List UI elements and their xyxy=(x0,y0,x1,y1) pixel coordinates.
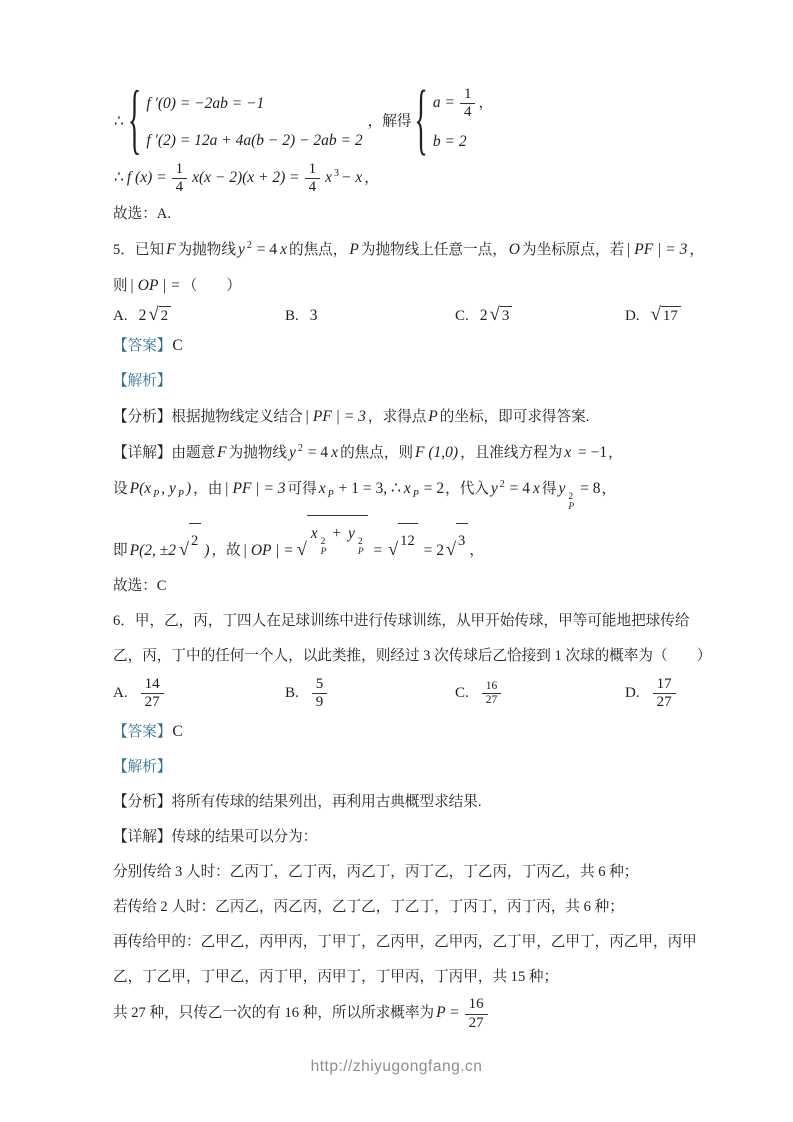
radical-sign: √ xyxy=(446,540,456,558)
text-run: 【详解】传球的结果可以分为： xyxy=(113,829,317,845)
q6-detail-line2: 分别传给 3 人时：乙丙丁，乙丁丙，丙乙丁，丙丁乙，丁乙丙，丁丙乙，共 6 种； xyxy=(113,856,688,889)
math-run: a = xyxy=(433,94,455,111)
text-run: ， xyxy=(368,114,383,130)
numerator: 1 xyxy=(460,86,476,104)
q6-prob-line: 共 27 种，只传乙一次的有 16 种，所以所求概率为P =1627 xyxy=(113,996,688,1032)
math-upright-run: 3 xyxy=(310,307,318,324)
q6-analysis-line: 【分析】将所有传球的结果列出，再利用古典概型求结果. xyxy=(113,786,688,819)
math-upright-run: = 4 xyxy=(253,241,277,258)
radical: √3 xyxy=(446,523,468,558)
radical: √2 xyxy=(148,306,171,325)
cases-row: b = 2 xyxy=(431,125,493,159)
q6-detail-line3: 若传给 2 人时：乙丙乙，丙乙丙，乙丁乙，丁乙丁，丁丙丁，丙丁丙，共 6 种； xyxy=(113,891,688,924)
text-run: 为抛物线 xyxy=(229,445,287,461)
option-b: B.59 xyxy=(285,676,455,712)
text-run: 即 xyxy=(113,543,128,559)
math-run: ) xyxy=(186,480,191,497)
text-run: 的焦点， xyxy=(289,242,347,258)
text-run: 再传给甲的：乙甲乙，丙甲丙，丁甲丁，乙丙甲，乙甲丙，乙丁甲，乙甲丁，丙乙甲，丙甲 xyxy=(113,934,697,950)
sub-superscript: 2P xyxy=(358,538,364,558)
fraction: 14 xyxy=(172,161,188,197)
option-label: B. xyxy=(285,685,299,701)
cases-rows: f ′(0) = −2ab = −1f ′(2) = 12a + 4a(b − … xyxy=(144,87,364,158)
fraction: 1627 xyxy=(465,996,488,1032)
math-upright-run: + xyxy=(328,525,345,542)
text-run: 为抛物线上任意一点， xyxy=(361,242,507,258)
radical-sign: √ xyxy=(388,540,398,558)
sub-superscript: 2P xyxy=(321,538,327,558)
left-brace: { xyxy=(128,83,141,161)
math-run: x xyxy=(325,169,332,186)
cases-row: f ′(2) = 12a + 4a(b − 2) − 2ab = 2 xyxy=(144,124,364,158)
math-run: x xyxy=(533,480,540,497)
radicand: 2 xyxy=(159,306,172,325)
denominator: 4 xyxy=(460,104,476,121)
radical-sign: √ xyxy=(179,540,189,558)
math-upright-run: C xyxy=(172,723,182,740)
math-run: P(x xyxy=(130,480,152,497)
q5-jiexi-line: 【解析】 xyxy=(113,365,688,398)
cases-rows: a =14，b = 2 xyxy=(431,86,493,159)
text-run: 【分析】将所有传球的结果列出，再利用古典概型求结果. xyxy=(113,794,482,810)
subscript: P xyxy=(358,548,364,558)
q5-detail-line1: 【详解】由题意F为抛物线y2 = 4x的焦点，则F (1,0)，且准线方程为x … xyxy=(113,436,688,470)
fraction: 1727 xyxy=(653,676,676,712)
text-run: 【分析】根据抛物线定义结合 xyxy=(113,409,303,425)
math-run: | OP | = xyxy=(243,542,294,559)
option-label: A. xyxy=(113,685,128,701)
q5-choice-line: 故选：C xyxy=(113,570,688,603)
text-run: ， xyxy=(478,95,493,111)
radicand: 3 xyxy=(500,306,513,325)
radical-sign: √ xyxy=(297,540,307,558)
cases-system: {f ′(0) = −2ab = −1f ′(2) = 12a + 4a(b −… xyxy=(128,87,365,158)
denominator: 9 xyxy=(312,694,328,711)
option-b: B.3 xyxy=(285,307,455,325)
radical-sign: √ xyxy=(651,306,661,325)
q6-answer-line: 【答案】C xyxy=(113,715,688,749)
q4-choice-line: 故选：A. xyxy=(113,198,688,231)
math-run: | OP | = xyxy=(130,277,181,294)
math-run: P xyxy=(428,408,437,425)
text-run: 设 xyxy=(113,481,128,497)
math-run: F xyxy=(217,444,226,461)
math-run: y xyxy=(491,480,498,497)
math-upright-run: = 2 xyxy=(420,542,444,559)
text-run: ，故 xyxy=(212,543,241,559)
math-run: O xyxy=(509,241,520,258)
math-run: x xyxy=(280,241,287,258)
superscript: 2 xyxy=(500,479,505,490)
radical: √17 xyxy=(651,306,681,325)
math-run: P xyxy=(349,241,358,258)
text-run: 的坐标，即可求得答案. xyxy=(440,409,590,425)
math-upright-run: 2 xyxy=(480,307,488,324)
math-upright-run: ∴ xyxy=(114,169,124,186)
option-label: B. xyxy=(285,308,299,324)
text-run: 乙，丁乙甲，丁甲乙，丙丁甲，丙甲丁，丁甲丙，丁丙甲，共 15 种； xyxy=(113,969,558,985)
subscript: P xyxy=(178,489,184,500)
radical: √3 xyxy=(490,306,513,325)
numerator: 1 xyxy=(172,161,188,179)
superscript: 2 xyxy=(298,443,303,454)
math-run: f ′(0) = −2ab = −1 xyxy=(146,95,264,112)
math-run: f (x) = xyxy=(127,169,167,186)
math-run: x xyxy=(564,444,571,461)
option-label: C. xyxy=(455,308,469,324)
math-upright-run: ∴ xyxy=(114,113,124,130)
math-upright-run: = 8 xyxy=(576,480,600,497)
math-run: P(2, ±2 xyxy=(130,542,176,559)
option-c: C.1627 xyxy=(455,680,625,707)
denominator: 27 xyxy=(465,1015,488,1032)
math-upright-run: = xyxy=(370,542,387,559)
cases-row: f ′(0) = −2ab = −1 xyxy=(144,87,364,121)
numerator: 5 xyxy=(312,676,328,694)
q5-analysis-line: 【分析】根据抛物线定义结合| PF | = 3，求得点P的坐标，即可求得答案. xyxy=(113,400,688,434)
section-label: 【解析】 xyxy=(113,373,171,389)
text-run: ， xyxy=(469,543,484,559)
math-upright-run: C xyxy=(172,337,182,354)
text-run: 为坐标原点，若 xyxy=(522,242,624,258)
text-run: （ ） xyxy=(183,278,241,294)
math-run: | PF | = 3 xyxy=(224,480,285,497)
math-run: | PF | = 3 xyxy=(626,241,687,258)
math-run: b = 2 xyxy=(433,133,467,150)
q4-fx-line: ∴f (x) =14x(x − 2)(x + 2) =14x3− x， xyxy=(113,161,688,197)
text-run: 【详解】由题意 xyxy=(113,445,215,461)
option-d: D.1727 xyxy=(625,676,688,712)
radical: √x2P + y2P xyxy=(297,515,368,558)
radicand: x2P + y2P xyxy=(307,515,368,558)
text-run: 得 xyxy=(542,481,557,497)
q6-detail-line1: 【详解】传球的结果可以分为： xyxy=(113,821,688,854)
radicand: 17 xyxy=(661,306,681,325)
math-run: x xyxy=(404,480,411,497)
superscript: 3 xyxy=(334,168,339,179)
radicand: 12 xyxy=(398,523,418,558)
exam-solution-page: ∴{f ′(0) = −2ab = −1f ′(2) = 12a + 4a(b … xyxy=(113,86,688,1034)
text-run: 乙，丙，丁中的任何一个人，以此类推，则经过 3 次传球后乙恰接到 1 次球的概率… xyxy=(113,648,711,664)
text-run: 的焦点，则 xyxy=(340,445,413,461)
text-run: 故选：A. xyxy=(113,206,171,222)
math-upright-run: = −1 xyxy=(574,444,607,461)
radical-sign: √ xyxy=(148,306,158,325)
fraction: 59 xyxy=(312,676,328,712)
subscript: P xyxy=(413,489,419,500)
cases-row: a =14， xyxy=(431,86,493,122)
option-label: C. xyxy=(455,685,469,701)
fraction-small: 1627 xyxy=(482,680,502,707)
text-run: 故选：C xyxy=(113,578,167,594)
footer-url: http://zhiyugongfang.cn xyxy=(0,1058,793,1076)
text-run: ，求得点 xyxy=(368,409,426,425)
text-run: 6．甲，乙，丙，丁四人在足球训练中进行传球训练，从甲开始传球，甲等可能地把球传给 xyxy=(113,613,689,629)
subscript: P xyxy=(153,489,159,500)
text-run: ， xyxy=(364,170,379,186)
math-run: y xyxy=(238,241,245,258)
radical-sign: √ xyxy=(490,306,500,325)
text-run: ，代入 xyxy=(445,481,489,497)
fraction: 14 xyxy=(460,86,476,122)
text-run: 解得 xyxy=(382,114,411,130)
q6-options: A.1427B.59C.1627D.1727 xyxy=(113,676,688,712)
math-run: x xyxy=(331,444,338,461)
math-upright-run: = 4 xyxy=(304,444,328,461)
subscript: P xyxy=(328,489,334,500)
q4-system-line: ∴{f ′(0) = −2ab = −1f ′(2) = 12a + 4a(b … xyxy=(113,86,688,159)
math-run: − x xyxy=(341,169,362,186)
math-run: y xyxy=(289,444,296,461)
q5-detail-line3: 即P(2, ±2√2)，故| OP | =√x2P + y2P = √12 = … xyxy=(113,515,688,568)
text-run: 为抛物线 xyxy=(178,242,236,258)
math-upright-run: = 2 xyxy=(420,480,444,497)
math-run: x(x − 2)(x + 2) = xyxy=(192,169,300,186)
option-c: C.2√3 xyxy=(455,306,625,325)
q6-detail-line4: 再传给甲的：乙甲乙，丙甲丙，丁甲丁，乙丙甲，乙甲丙，乙丁甲，乙甲丁，丙乙甲，丙甲 xyxy=(113,926,688,959)
text-run: ，由 xyxy=(193,481,222,497)
math-run: F xyxy=(166,241,175,258)
denominator: 27 xyxy=(653,694,676,711)
numerator: 16 xyxy=(482,680,502,694)
superscript: 2 xyxy=(247,240,252,251)
q6-detail-line5: 乙，丁乙甲，丁甲乙，丙丁甲，丙甲丁，丁甲丙，丁丙甲，共 15 种； xyxy=(113,961,688,994)
denominator: 27 xyxy=(482,694,502,707)
option-a: A.2√2 xyxy=(113,306,285,325)
q5-answer-line: 【答案】C xyxy=(113,329,688,363)
q5-detail-line2: 设P(xP, yP)，由| PF | = 3可得xP + 1 = 3, ∴xP … xyxy=(113,472,688,513)
text-run: ， xyxy=(608,445,623,461)
numerator: 14 xyxy=(141,676,164,694)
math-run: x xyxy=(311,525,318,542)
text-run: 共 27 种，只传乙一次的有 16 种，所以所求概率为 xyxy=(113,1005,434,1021)
math-upright-run: = 4 xyxy=(506,480,530,497)
q6-jiexi-line: 【解析】 xyxy=(113,751,688,784)
numerator: 1 xyxy=(305,161,321,179)
math-run: P = xyxy=(436,1004,460,1021)
denominator: 27 xyxy=(141,694,164,711)
radicand: 2 xyxy=(189,523,201,558)
denominator: 4 xyxy=(305,179,321,196)
option-label: A. xyxy=(113,308,128,324)
option-a: A.1427 xyxy=(113,676,285,712)
math-run: , y xyxy=(161,480,176,497)
text-run: 分别传给 3 人时：乙丙丁，乙丁丙，丙乙丁，丙丁乙，丁乙丙，丁丙乙，共 6 种； xyxy=(113,864,638,880)
text-run: ， xyxy=(601,481,616,497)
denominator: 4 xyxy=(172,179,188,196)
math-run: y xyxy=(559,480,566,497)
radical: √2 xyxy=(179,523,201,558)
q5-options: A.2√2B.3C.2√3D.√17 xyxy=(113,306,688,325)
radical: √12 xyxy=(388,523,418,558)
section-label: 【答案】 xyxy=(113,724,171,740)
q5-stem-line1: 5．已知F为抛物线y2 = 4x的焦点，P为抛物线上任意一点，O为坐标原点，若|… xyxy=(113,233,688,267)
numerator: 16 xyxy=(465,996,488,1014)
math-run: F (1,0) xyxy=(415,444,458,461)
fraction: 14 xyxy=(305,161,321,197)
section-label: 【解析】 xyxy=(113,759,171,775)
text-run: 可得 xyxy=(288,481,317,497)
math-run: ) xyxy=(204,542,209,559)
option-label: D. xyxy=(625,685,640,701)
math-run: x xyxy=(319,480,326,497)
subscript: P xyxy=(321,548,327,558)
fraction: 1427 xyxy=(141,676,164,712)
radicand: 3 xyxy=(456,523,468,558)
option-d: D.√17 xyxy=(625,306,688,325)
math-run: | PF | = 3 xyxy=(305,408,366,425)
text-run: ， xyxy=(689,242,704,258)
sub-superscript: 2P xyxy=(568,493,574,513)
q6-stem-line1: 6．甲，乙，丙，丁四人在足球训练中进行传球训练，从甲开始传球，甲等可能地把球传给 xyxy=(113,605,688,638)
text-run: 5．已知 xyxy=(113,242,164,258)
q6-stem-line2: 乙，丙，丁中的任何一个人，以此类推，则经过 3 次传球后乙恰接到 1 次球的概率… xyxy=(113,640,688,673)
numerator: 17 xyxy=(653,676,676,694)
math-upright-run: + 1 = 3, ∴ xyxy=(335,480,401,497)
cases-system: {a =14，b = 2 xyxy=(414,86,493,159)
left-brace: { xyxy=(414,82,427,162)
section-label: 【答案】 xyxy=(113,338,171,354)
option-label: D. xyxy=(625,308,640,324)
text-run: 则 xyxy=(113,278,128,294)
subscript: P xyxy=(568,503,574,513)
math-run: y xyxy=(348,525,355,542)
math-run: f ′(2) = 12a + 4a(b − 2) − 2ab = 2 xyxy=(146,132,362,149)
text-run: 若传给 2 人时：乙丙乙，丙乙丙，乙丁乙，丁乙丁，丁丙丁，丙丁丙，共 6 种； xyxy=(113,899,624,915)
text-run: ，且准线方程为 xyxy=(460,445,562,461)
math-upright-run: 2 xyxy=(139,307,147,324)
q5-stem-line2: 则| OP | =（ ） xyxy=(113,269,688,303)
